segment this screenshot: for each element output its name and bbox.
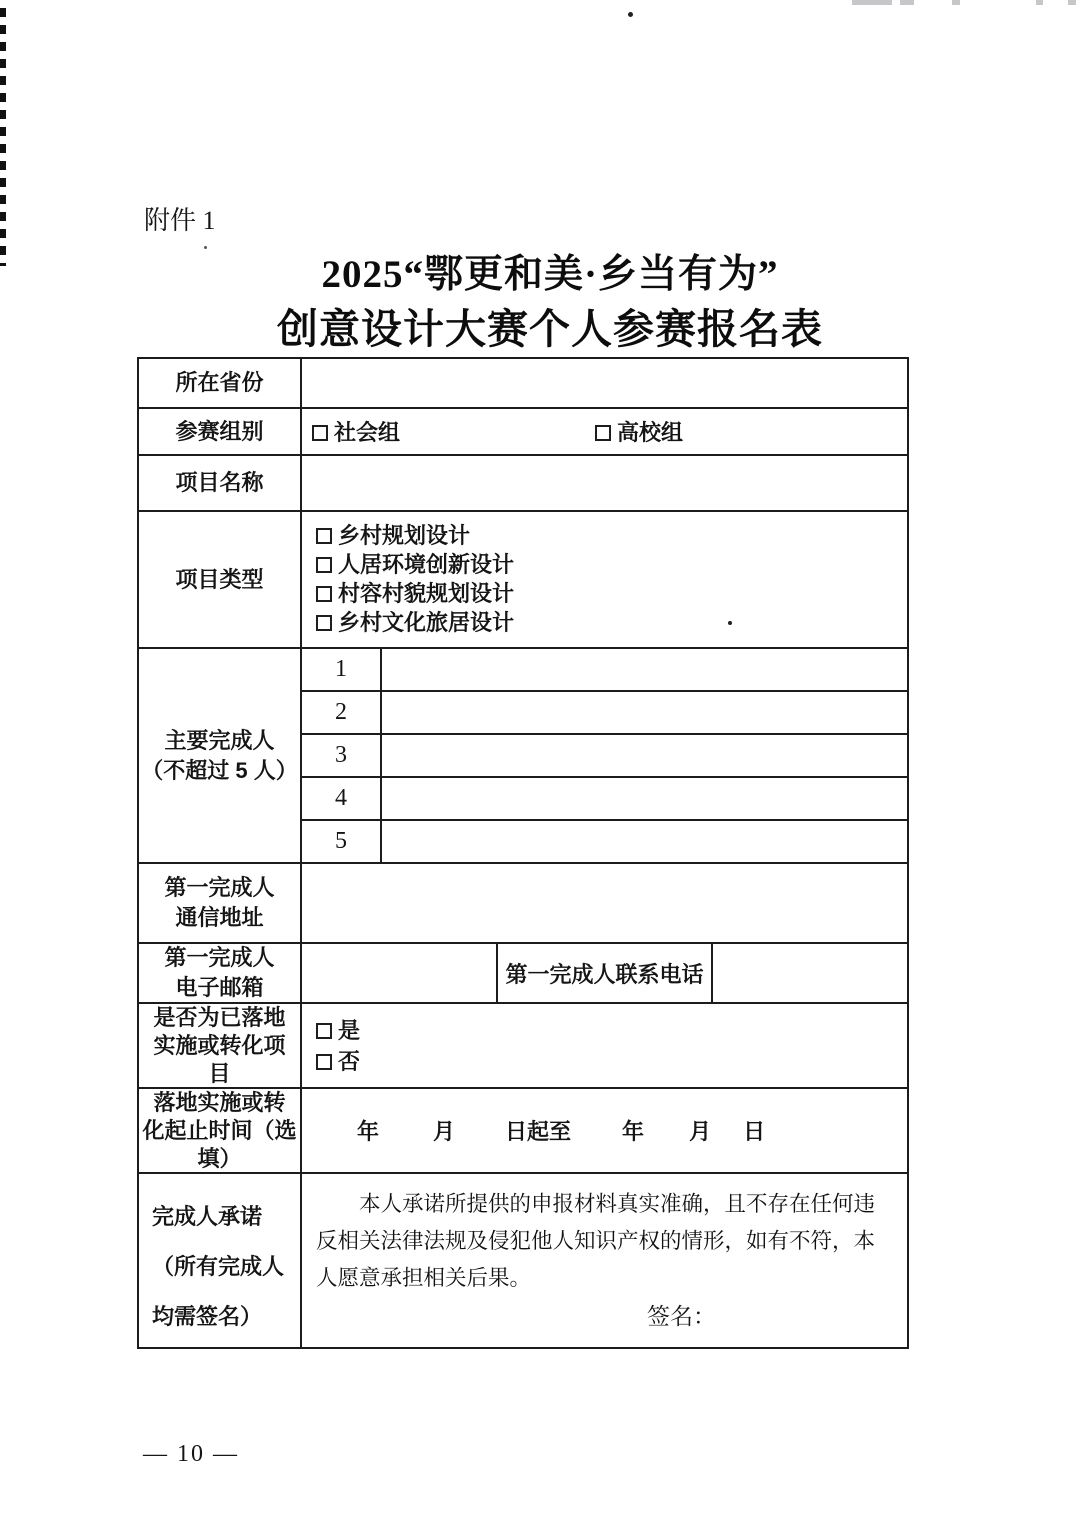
form-title-line1: 2025“鄂更和美·乡当有为” xyxy=(20,248,1080,302)
checkbox-icon xyxy=(316,1054,332,1070)
period-year-from: 年 xyxy=(357,1115,379,1146)
email-value-cell xyxy=(302,944,498,1002)
completer-number: 3 xyxy=(302,735,382,776)
signature-label: 签名： xyxy=(647,1298,716,1331)
phone-label: 第一完成人联系电话 xyxy=(498,944,713,1002)
attachment-label: 附件 1 xyxy=(144,200,216,237)
completer-row: 3 xyxy=(302,733,907,776)
row-landed-project: 是否为已落地 实施或转化项 目 是 否 xyxy=(139,1002,907,1087)
row-address: 第一完成人 通信地址 xyxy=(139,862,907,942)
checkbox-icon xyxy=(312,425,328,441)
option-yes: 是 xyxy=(316,1015,907,1046)
phone-value-cell xyxy=(713,944,907,1002)
project-type-label: 项目类型 xyxy=(139,512,302,647)
completer-name-cell xyxy=(382,778,907,819)
completer-row: 2 xyxy=(302,690,907,733)
period-year-to: 年 xyxy=(622,1115,644,1146)
scan-edge-binding-marks xyxy=(0,8,6,266)
checkbox-icon xyxy=(316,1023,332,1039)
scan-speck xyxy=(628,12,633,17)
project-type-value-cell: 乡村规划设计 人居环境创新设计 村容村貌规划设计 乡村文化旅居设计 xyxy=(302,512,907,647)
form-title-line2: 创意设计大赛个人参赛报名表 xyxy=(20,302,1080,356)
scan-smudge xyxy=(1068,0,1076,5)
checkbox-icon xyxy=(316,557,332,573)
row-group: 参赛组别 社会组 高校组 xyxy=(139,407,907,454)
row-completer-promise: 完成人承诺 （所有完成人 均需签名） 本人承诺所提供的申报材料真实准确，且不存在… xyxy=(139,1172,907,1347)
group-value-cell: 社会组 高校组 xyxy=(302,409,907,454)
row-email-phone: 第一完成人 电子邮箱 第一完成人联系电话 xyxy=(139,942,907,1002)
completer-name-cell xyxy=(382,692,907,733)
address-label: 第一完成人 通信地址 xyxy=(139,864,302,942)
option-university-group: 高校组 xyxy=(595,416,683,447)
group-label: 参赛组别 xyxy=(139,409,302,454)
row-implementation-period: 落地实施或转 化起止时间（选 填） 年 月 日起至 年 月 日 xyxy=(139,1087,907,1172)
registration-form-table: 所在省份 参赛组别 社会组 高校组 项目名称 项目类型 乡村规划设计 人居环境创… xyxy=(137,357,909,1349)
row-main-completers: 主要完成人 （不超过 5 人） 1 2 3 4 xyxy=(139,647,907,862)
promise-value-cell: 本人承诺所提供的申报材料真实准确，且不存在任何违反相关法律法规及侵犯他人知识产权… xyxy=(302,1174,907,1347)
checkbox-icon xyxy=(316,586,332,602)
option-social-group: 社会组 xyxy=(312,416,400,447)
landed-label: 是否为已落地 实施或转化项 目 xyxy=(139,1004,302,1087)
period-value-cell: 年 月 日起至 年 月 日 xyxy=(302,1089,907,1172)
option-rural-culture-design: 乡村文化旅居设计 xyxy=(316,608,907,637)
form-title: 2025“鄂更和美·乡当有为” 创意设计大赛个人参赛报名表 xyxy=(20,248,1080,356)
promise-label: 完成人承诺 （所有完成人 均需签名） xyxy=(139,1174,302,1347)
page-number: — 10 — xyxy=(143,1441,239,1468)
option-village-appearance-design: 村容村貌规划设计 xyxy=(316,579,907,608)
completer-number: 5 xyxy=(302,821,382,862)
promise-text: 本人承诺所提供的申报材料真实准确，且不存在任何违反相关法律法规及侵犯他人知识产权… xyxy=(302,1174,907,1297)
scan-smudge xyxy=(900,0,914,5)
completer-name-cell xyxy=(382,649,907,690)
completer-row: 5 xyxy=(302,819,907,862)
email-label: 第一完成人 电子邮箱 xyxy=(139,944,302,1002)
completer-name-cell xyxy=(382,821,907,862)
scan-smudge xyxy=(1036,0,1043,5)
period-label: 落地实施或转 化起止时间（选 填） xyxy=(139,1089,302,1172)
option-living-environment-design: 人居环境创新设计 xyxy=(316,550,907,579)
period-day-from: 日起至 xyxy=(505,1115,571,1146)
scanned-form-page: { "page": { "attachment_label": "附件 1", … xyxy=(0,0,1080,1528)
project-name-label: 项目名称 xyxy=(139,456,302,510)
period-month-to: 月 xyxy=(689,1115,711,1146)
completer-row: 1 xyxy=(302,649,907,690)
province-label: 所在省份 xyxy=(139,359,302,407)
completer-number: 2 xyxy=(302,692,382,733)
completers-value-cell: 1 2 3 4 5 xyxy=(302,649,907,862)
completers-label: 主要完成人 （不超过 5 人） xyxy=(139,649,302,862)
row-province: 所在省份 xyxy=(139,359,907,407)
scan-smudge xyxy=(952,0,960,5)
period-month-from: 月 xyxy=(433,1115,455,1146)
province-value-cell xyxy=(302,359,907,407)
address-value-cell xyxy=(302,864,907,942)
checkbox-icon xyxy=(595,425,611,441)
scan-smudge xyxy=(852,0,892,5)
project-name-value-cell xyxy=(302,456,907,510)
row-project-name: 项目名称 xyxy=(139,454,907,510)
option-rural-planning-design: 乡村规划设计 xyxy=(316,521,907,550)
checkbox-icon xyxy=(316,528,332,544)
checkbox-icon xyxy=(316,615,332,631)
row-project-type: 项目类型 乡村规划设计 人居环境创新设计 村容村貌规划设计 乡村文化旅居设计 xyxy=(139,510,907,647)
completer-number: 1 xyxy=(302,649,382,690)
option-no: 否 xyxy=(316,1046,907,1077)
completer-row: 4 xyxy=(302,776,907,819)
landed-value-cell: 是 否 xyxy=(302,1004,907,1087)
period-day-to: 日 xyxy=(743,1115,765,1146)
completer-number: 4 xyxy=(302,778,382,819)
completer-name-cell xyxy=(382,735,907,776)
